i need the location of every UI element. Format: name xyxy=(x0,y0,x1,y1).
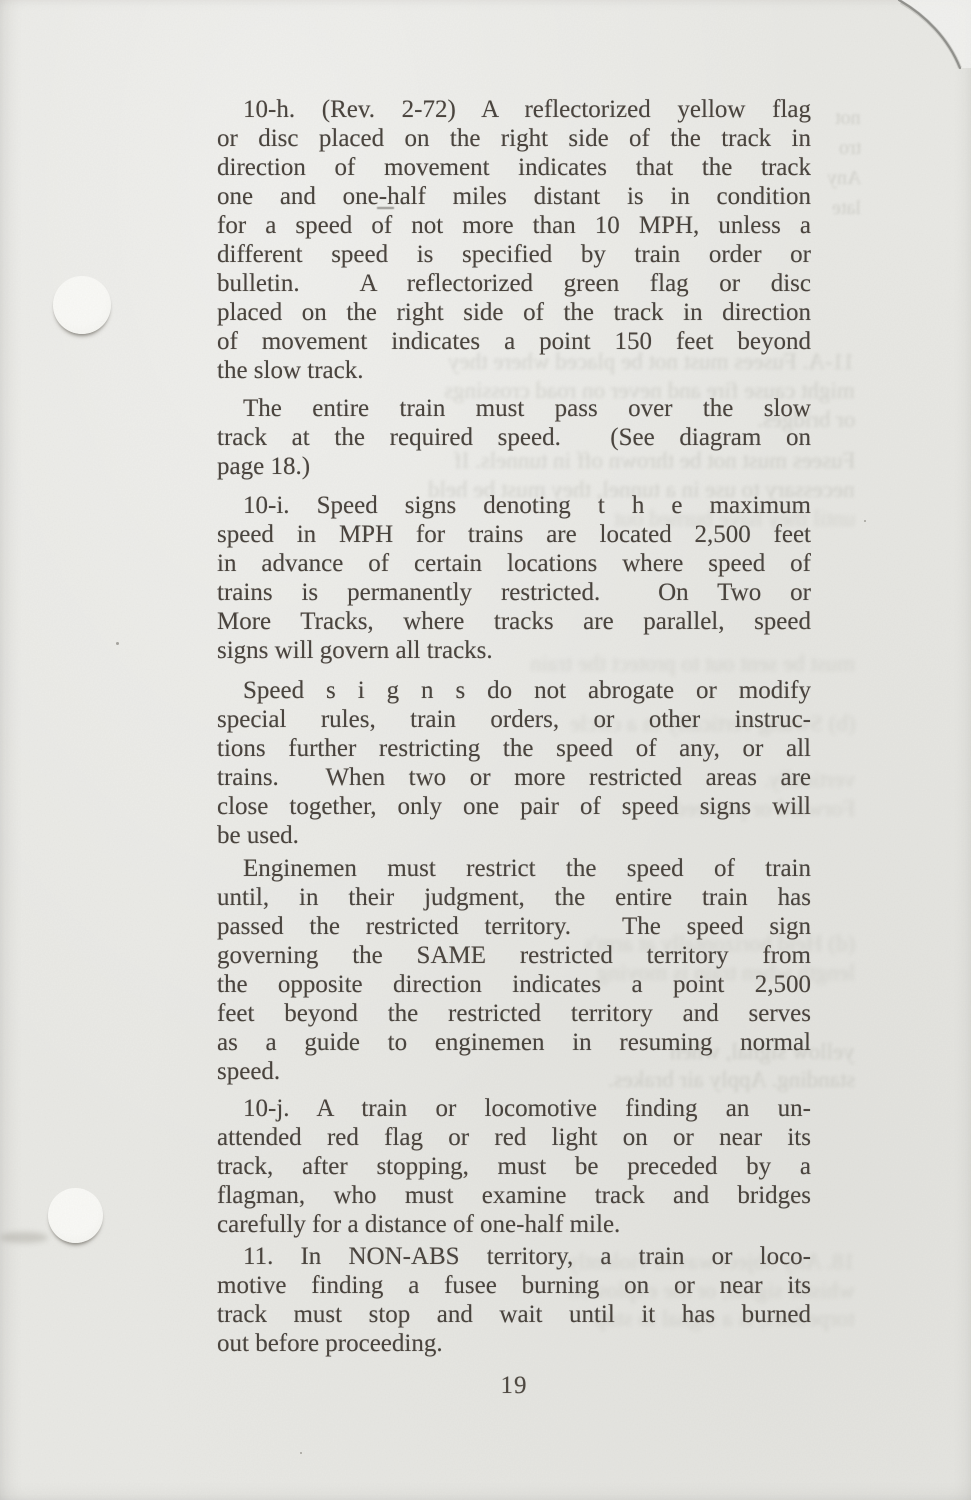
text-line: Enginemen must restrict the speed of tra… xyxy=(217,854,811,883)
ink-dash-artifact xyxy=(377,207,394,209)
text-line: speed. xyxy=(217,1057,811,1086)
bleedthrough-text: tro xyxy=(839,138,861,158)
rule-paragraph-enginemen: Enginemen must restrict the speed of tra… xyxy=(217,854,811,1086)
bleedthrough-text: not xyxy=(835,108,861,128)
text-line: bulletin. A reflectorized green flag or … xyxy=(217,269,811,298)
text-line: Speed s i g n s do not abrogate or modif… xyxy=(217,676,811,705)
text-line: the opposite direction indicates a point… xyxy=(217,970,811,999)
text-line: carefully for a distance of one-half mil… xyxy=(217,1210,811,1239)
text-line: direction of movement indicates that the… xyxy=(217,153,811,182)
paper-speck xyxy=(300,1452,302,1454)
text-line: close together, only one pair of speed s… xyxy=(217,792,811,821)
text-line: in advance of certain locations where sp… xyxy=(217,549,811,578)
text-line: trains is permanently restricted. On Two… xyxy=(217,578,811,607)
rule-paragraph-10i: 10-i. Speed signs denoting t h e maximum… xyxy=(217,491,811,665)
scanned-rulebook-page: not tro Any late 11-A. Fusees must not b… xyxy=(0,0,971,1500)
text-line: of movement indicates a point 150 feet b… xyxy=(217,327,811,356)
rule-paragraph-10j: 10-j. A train or locomotive finding an u… xyxy=(217,1094,811,1239)
page-number: 19 xyxy=(217,1372,811,1400)
text-line: tions further restricting the speed of a… xyxy=(217,734,811,763)
punch-hole-bottom xyxy=(48,1188,103,1243)
rule-paragraph-entire-train: The entire train must pass over the slow… xyxy=(217,394,811,481)
text-line: governing the SAME restricted territory … xyxy=(217,941,811,970)
text-line: More Tracks, where tracks are parallel, … xyxy=(217,607,811,636)
text-line: 10-h. (Rev. 2-72) A reflectorized yellow… xyxy=(217,95,811,124)
text-line: for a speed of not more than 10 MPH, unl… xyxy=(217,211,811,240)
text-line: the slow track. xyxy=(217,356,811,385)
text-line: 10-j. A train or locomotive finding an u… xyxy=(217,1094,811,1123)
text-line: track, after stopping, must be preceded … xyxy=(217,1152,811,1181)
text-line: placed on the right side of the track in… xyxy=(217,298,811,327)
text-line: be used. xyxy=(217,821,811,850)
page-content: 10-h. (Rev. 2-72) A reflectorized yellow… xyxy=(217,95,811,1358)
text-line: signs will govern all tracks. xyxy=(217,636,811,665)
bleedthrough-text: Any xyxy=(827,168,861,188)
ink-smudge xyxy=(0,1232,48,1243)
text-line: 10-i. Speed signs denoting t h e maximum xyxy=(217,491,811,520)
text-line: feet beyond the restricted territory and… xyxy=(217,999,811,1028)
text-line: flagman, who must examine track and brid… xyxy=(217,1181,811,1210)
punch-hole-top xyxy=(53,276,111,334)
text-line: The entire train must pass over the slow xyxy=(217,394,811,423)
text-line: track at the required speed. (See diagra… xyxy=(217,423,811,452)
text-line: passed the restricted territory. The spe… xyxy=(217,912,811,941)
text-line: out before proceeding. xyxy=(217,1329,811,1358)
rule-paragraph-speed-signs: Speed s i g n s do not abrogate or modif… xyxy=(217,676,811,850)
text-line: one and one-half miles distant is in con… xyxy=(217,182,811,211)
text-line: or disc placed on the right side of the … xyxy=(217,124,811,153)
text-line: 11. In NON-ABS territory, a train or loc… xyxy=(217,1242,811,1271)
text-line: until, in their judgment, the entire tra… xyxy=(217,883,811,912)
text-line: trains. When two or more restricted area… xyxy=(217,763,811,792)
paper-speck xyxy=(864,520,866,522)
text-line: motive finding a fusee burning on or nea… xyxy=(217,1271,811,1300)
paper-speck xyxy=(116,642,119,645)
text-line: page 18.) xyxy=(217,452,811,481)
rule-paragraph-11: 11. In NON-ABS territory, a train or loc… xyxy=(217,1242,811,1358)
rule-paragraph-10h: 10-h. (Rev. 2-72) A reflectorized yellow… xyxy=(217,95,811,385)
text-line: speed in MPH for trains are located 2,50… xyxy=(217,520,811,549)
page-curl-icon xyxy=(791,0,971,180)
bleedthrough-text: late xyxy=(832,198,861,218)
text-line: track must stop and wait until it has bu… xyxy=(217,1300,811,1329)
text-line: attended red flag or red light on or nea… xyxy=(217,1123,811,1152)
text-line: as a guide to enginemen in resuming norm… xyxy=(217,1028,811,1057)
text-line: different speed is specified by train or… xyxy=(217,240,811,269)
text-line: special rules, train orders, or other in… xyxy=(217,705,811,734)
